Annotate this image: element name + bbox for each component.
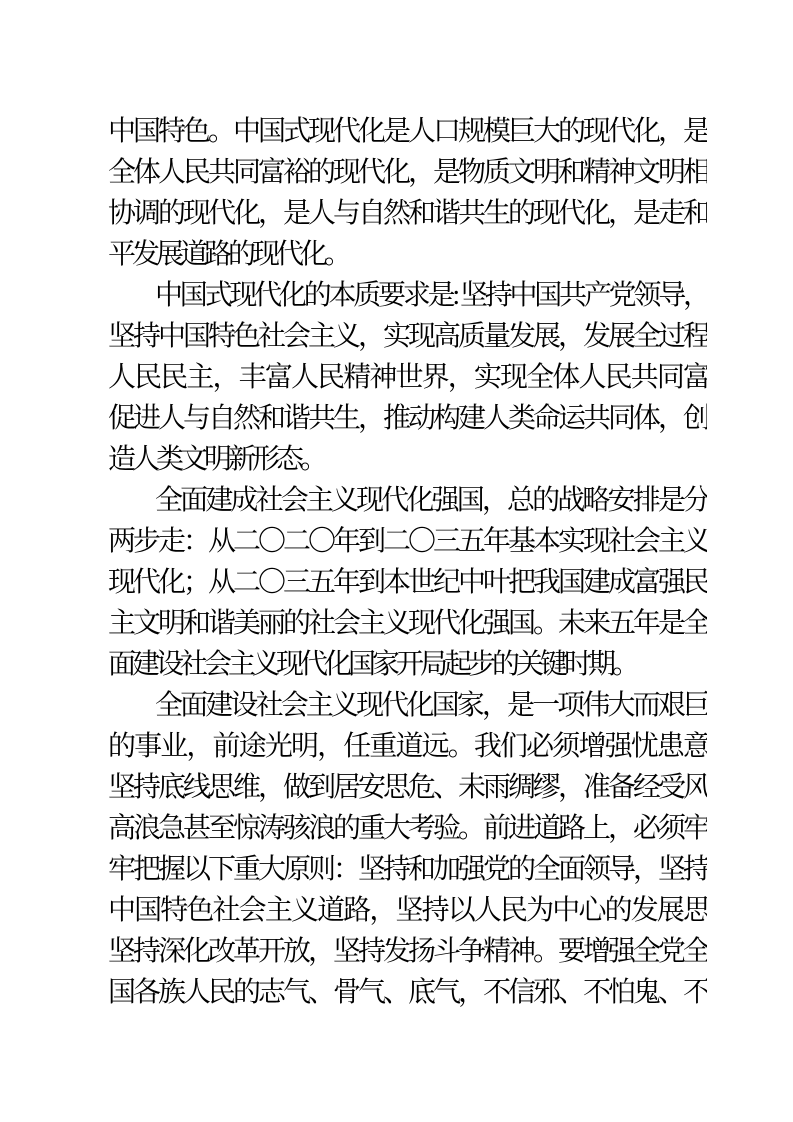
paragraph: 中国式现代化的本质要求是: 坚持中国共产党领导，坚持中国特色社会主义，实现高质量…	[108, 275, 707, 480]
text-line: 的事业，前途光明，任重道远。我们必须增强忧患意识，	[108, 726, 707, 767]
text-line: 两步走：从二〇二〇年到二〇三五年基本实现社会主义	[108, 521, 707, 562]
paragraph: 全面建设社会主义现代化国家，是一项伟大而艰巨的事业，前途光明，任重道远。我们必须…	[108, 685, 707, 1013]
text-line: 协调的现代化，是人与自然和谐共生的现代化，是走和	[108, 193, 707, 234]
text-line: 坚持底线思维，做到居安思危、未雨绸缪，准备经受风	[108, 767, 707, 808]
text-line: 牢把握以下重大原则：坚持和加强党的全面领导，坚持	[108, 849, 707, 890]
text-line: 全体人民共同富裕的现代化，是物质文明和精神文明相	[108, 152, 707, 193]
document-body: 中国特色。中国式现代化是人口规模巨大的现代化，是全体人民共同富裕的现代化，是物质…	[108, 111, 707, 1013]
text-line: 人民民主，丰富人民精神世界，实现全体人民共同富裕，	[108, 357, 707, 398]
text-line: 坚持中国特色社会主义，实现高质量发展，发展全过程	[108, 316, 707, 357]
text-line: 中国式现代化的本质要求是: 坚持中国共产党领导，	[108, 275, 707, 316]
text-line: 坚持深化改革开放，坚持发扬斗争精神。要增强全党全	[108, 931, 707, 972]
text-line: 中国特色社会主义道路，坚持以人民为中心的发展思想，	[108, 890, 707, 931]
text-line: 现代化；从二〇三五年到本世纪中叶把我国建成富强民	[108, 562, 707, 603]
paragraph: 全面建成社会主义现代化强国，总的战略安排是分两步走：从二〇二〇年到二〇三五年基本…	[108, 480, 707, 685]
text-line: 促进人与自然和谐共生，推动构建人类命运共同体，创	[108, 398, 707, 439]
paragraph: 中国特色。中国式现代化是人口规模巨大的现代化，是全体人民共同富裕的现代化，是物质…	[108, 111, 707, 275]
text-line: 全面建成社会主义现代化强国，总的战略安排是分	[108, 480, 707, 521]
text-line: 高浪急甚至惊涛骇浪的重大考验。前进道路上，必须牢	[108, 808, 707, 849]
text-line: 造人类文明新形态。	[108, 439, 707, 480]
text-line: 国各族人民的志气、骨气、底气，不信邪、不怕鬼、不	[108, 972, 707, 1013]
text-line: 中国特色。中国式现代化是人口规模巨大的现代化，是	[108, 111, 707, 152]
text-line: 全面建设社会主义现代化国家，是一项伟大而艰巨	[108, 685, 707, 726]
text-line: 主文明和谐美丽的社会主义现代化强国。未来五年是全	[108, 603, 707, 644]
text-line: 面建设社会主义现代化国家开局起步的关键时期。	[108, 644, 707, 685]
text-line: 平发展道路的现代化。	[108, 234, 707, 275]
document-page: 中国特色。中国式现代化是人口规模巨大的现代化，是全体人民共同富裕的现代化，是物质…	[0, 0, 793, 1122]
